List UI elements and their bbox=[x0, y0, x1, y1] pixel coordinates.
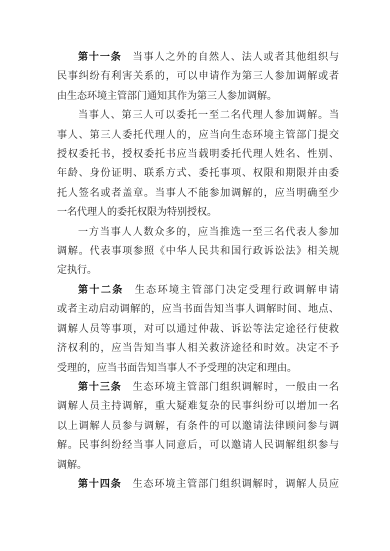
text-line-content: 生态环境主管部门组织调解时，调解人员应 bbox=[133, 479, 339, 490]
article-number: 第十四条 bbox=[78, 479, 122, 490]
text-line: 第十一条当事人之外的自然人、法人或者其他组织与 bbox=[57, 48, 339, 67]
text-line: 一名代理人的委托权限为特别授权。 bbox=[57, 203, 339, 222]
text-line: 调解。代表事项参照《中华人民共和国行政诉讼法》相关规 bbox=[57, 242, 339, 261]
document-page: 第十一条当事人之外的自然人、法人或者其他组织与 民事纠纷有利害关系的，可以申请作… bbox=[0, 0, 390, 551]
text-line: 调解。 bbox=[57, 456, 339, 475]
text-line: 授权委托书，授权委托书应当载明委托代理人姓名、性别、 bbox=[57, 145, 339, 164]
text-line: 调解人员等事项，对可以通过仲裁、诉讼等法定途径行使救 bbox=[57, 320, 339, 339]
text-line: 定执行。 bbox=[57, 261, 339, 280]
text-line-content: 生态环境主管部门组织调解时，一般由一名 bbox=[133, 382, 339, 393]
paragraph-article-11-representatives: 一方当事人人数众多的，应当推选一至三名代表人参加 调解。代表事项参照《中华人民共… bbox=[57, 223, 339, 281]
text-line: 以上调解人员参与调解，有条件的可以邀请法律顾问参与调 bbox=[57, 417, 339, 436]
text-line: 托人签名或者盖章。当事人不能参加调解的，应当明确至少 bbox=[57, 184, 339, 203]
text-line: 或者主动启动调解的，应当书面告知当事人调解时间、地点、 bbox=[57, 300, 339, 319]
text-line: 一方当事人人数众多的，应当推选一至三名代表人参加 bbox=[57, 223, 339, 242]
paragraph-article-13: 第十三条生态环境主管部门组织调解时，一般由一名 调解人员主持调解，重大疑难复杂的… bbox=[57, 378, 339, 475]
article-number: 第十二条 bbox=[78, 285, 124, 296]
article-number: 第十一条 bbox=[78, 52, 122, 63]
text-line: 第十四条生态环境主管部门组织调解时，调解人员应 bbox=[57, 475, 339, 494]
text-line: 当事人、第三人可以委托一至二名代理人参加调解。当 bbox=[57, 106, 339, 125]
text-line-content: 当事人之外的自然人、法人或者其他组织与 bbox=[133, 52, 339, 63]
text-line: 济权利的，应当告知当事人相关救济途径和时效。决定不予 bbox=[57, 339, 339, 358]
text-line: 民事纠纷有利害关系的，可以申请作为第三人参加调解或者 bbox=[57, 67, 339, 86]
text-line: 第十三条生态环境主管部门组织调解时，一般由一名 bbox=[57, 378, 339, 397]
paragraph-article-12: 第十二条生态环境主管部门决定受理行政调解申请 或者主动启动调解的，应当书面告知当… bbox=[57, 281, 339, 378]
text-line: 年龄、身份证明、联系方式、委托事项、权限和期限并由委 bbox=[57, 164, 339, 183]
text-line: 调解人员主持调解，重大疑难复杂的民事纠纷可以增加一名 bbox=[57, 397, 339, 416]
paragraph-article-11: 第十一条当事人之外的自然人、法人或者其他组织与 民事纠纷有利害关系的，可以申请作… bbox=[57, 48, 339, 106]
text-line: 解。民事纠纷经当事人同意后，可以邀请人民调解组织参与 bbox=[57, 436, 339, 455]
text-line: 受理的，应当书面告知当事人不予受理的决定和理由。 bbox=[57, 359, 339, 378]
text-line: 第十二条生态环境主管部门决定受理行政调解申请 bbox=[57, 281, 339, 300]
article-number: 第十三条 bbox=[78, 382, 122, 393]
text-line-content: 生态环境主管部门决定受理行政调解申请 bbox=[135, 285, 339, 296]
text-line: 事人、第三人委托代理人的，应当向生态环境主管部门提交 bbox=[57, 126, 339, 145]
paragraph-article-11-delegation: 当事人、第三人可以委托一至二名代理人参加调解。当 事人、第三人委托代理人的，应当… bbox=[57, 106, 339, 222]
text-line: 由生态环境主管部门通知其作为第三人参加调解。 bbox=[57, 87, 339, 106]
paragraph-article-14: 第十四条生态环境主管部门组织调解时，调解人员应 bbox=[57, 475, 339, 494]
